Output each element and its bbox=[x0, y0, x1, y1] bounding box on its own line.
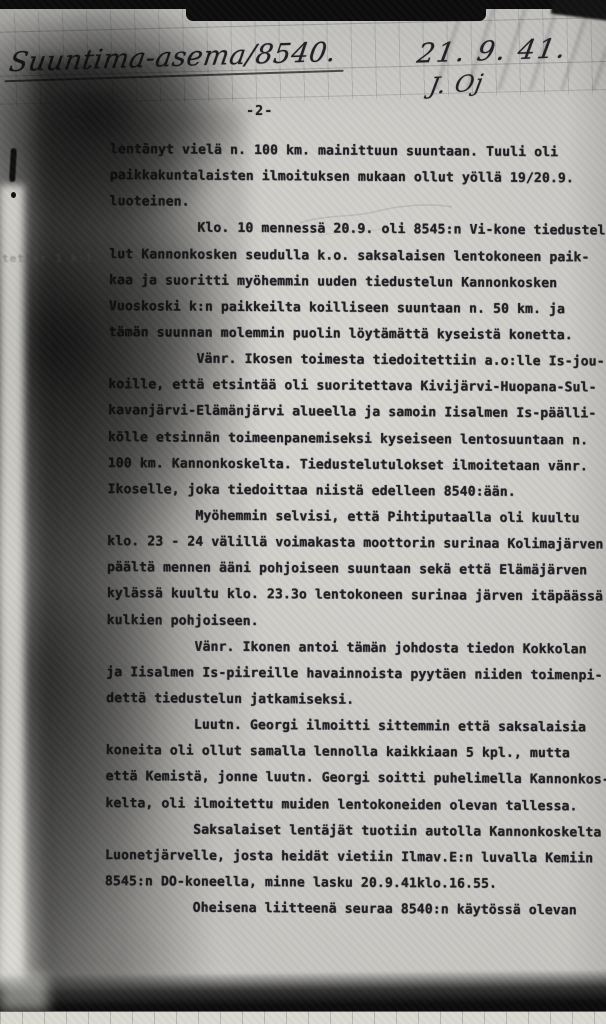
typed-line: 8545:n DO-koneella, minne lasku 20.9.41k… bbox=[105, 874, 605, 904]
ink-dot-artifact bbox=[11, 192, 16, 198]
typed-line: päältä mennen ääni pohjoiseen suuntaan s… bbox=[107, 560, 606, 590]
document-scan: Suuntima-asema/8540. 21. 9. 41. J. Oj -2… bbox=[0, 0, 606, 1024]
typed-line: lut Kannonkosken seudulla k.o. saksalais… bbox=[109, 247, 606, 277]
typed-line: kelta, oli ilmoitettu muiden lentokoneid… bbox=[105, 795, 605, 825]
adjacent-page-sliver bbox=[0, 1011, 606, 1024]
scan-edge-bottom-corner bbox=[0, 974, 48, 1012]
typed-line: 100 km. Kannonkoskelta. Tiedustelutuloks… bbox=[108, 456, 606, 486]
typed-line: ja Iisalmen Is-piireille havainnoista py… bbox=[106, 665, 606, 695]
typed-line: paikkakuntalaisten ilmoituksen mukaan ol… bbox=[110, 168, 606, 198]
margin-bleed-note: tettär 1 k:l bbox=[2, 252, 93, 265]
paper-edge-highlight bbox=[0, 185, 24, 985]
typed-line: Myöhemmin selvisi, että Pihtiputaalla ol… bbox=[107, 508, 606, 538]
typed-line: lentänyt vielä n. 100 km. mainittuun suu… bbox=[110, 142, 606, 172]
typed-line: Vänr. Ikonen antoi tämän johdosta tiedon… bbox=[106, 639, 606, 669]
typed-line: Klo. 10 mennessä 20.9. oli 8545:n Vi-kon… bbox=[109, 220, 606, 250]
typed-line: että Kemistä, jonne luutn. Georgi soitti… bbox=[105, 769, 605, 799]
typed-line: Ikoselle, joka tiedoittaa niistä edellee… bbox=[107, 482, 606, 512]
typed-line: koille, että etsintää oli suoritettava K… bbox=[108, 377, 606, 407]
typed-line: kölle etsinnän toimeenpanemiseksi kyseis… bbox=[108, 430, 606, 460]
typed-line: luoteinen. bbox=[109, 194, 606, 224]
typed-line: kaa ja suoritti myöhemmin uuden tieduste… bbox=[109, 273, 606, 303]
typed-line: Vuoskoski k:n paikkeilta koilliseen suun… bbox=[109, 299, 606, 329]
typed-line: Luonetjärvelle, josta heidät vietiin Ilm… bbox=[105, 848, 605, 878]
typed-line: Oheisena liitteenä seuraa 8540:n käytöss… bbox=[105, 900, 605, 930]
typed-line: kylässä kuultu klo. 23.3o lentokoneen su… bbox=[107, 586, 606, 616]
typed-line: dettä tiedustelun jatkamiseksi. bbox=[106, 691, 606, 721]
typed-line: Luutn. Georgi ilmoitti sittemmin että sa… bbox=[106, 717, 606, 747]
typed-line: Saksalaiset lentäjät tuotiin autolla Kan… bbox=[105, 822, 605, 852]
scan-edge-top bbox=[186, 0, 486, 21]
typed-line: tämän suunnan molemmin puolin löytämättä… bbox=[109, 325, 606, 355]
typed-line: koneita oli ollut samalla lennolla kaikk… bbox=[106, 743, 606, 773]
typed-line: kavanjärvi-Elämänjärvi alueella ja samoi… bbox=[108, 403, 606, 433]
typed-line: kulkien pohjoiseen. bbox=[107, 613, 606, 643]
typed-line: Vänr. Ikosen toimesta tiedoitettiin a.o:… bbox=[108, 351, 606, 381]
typed-line: klo. 23 - 24 välillä voimakasta moottori… bbox=[107, 534, 606, 564]
typed-body: lentänyt vielä n. 100 km. mainittuun suu… bbox=[105, 142, 606, 930]
